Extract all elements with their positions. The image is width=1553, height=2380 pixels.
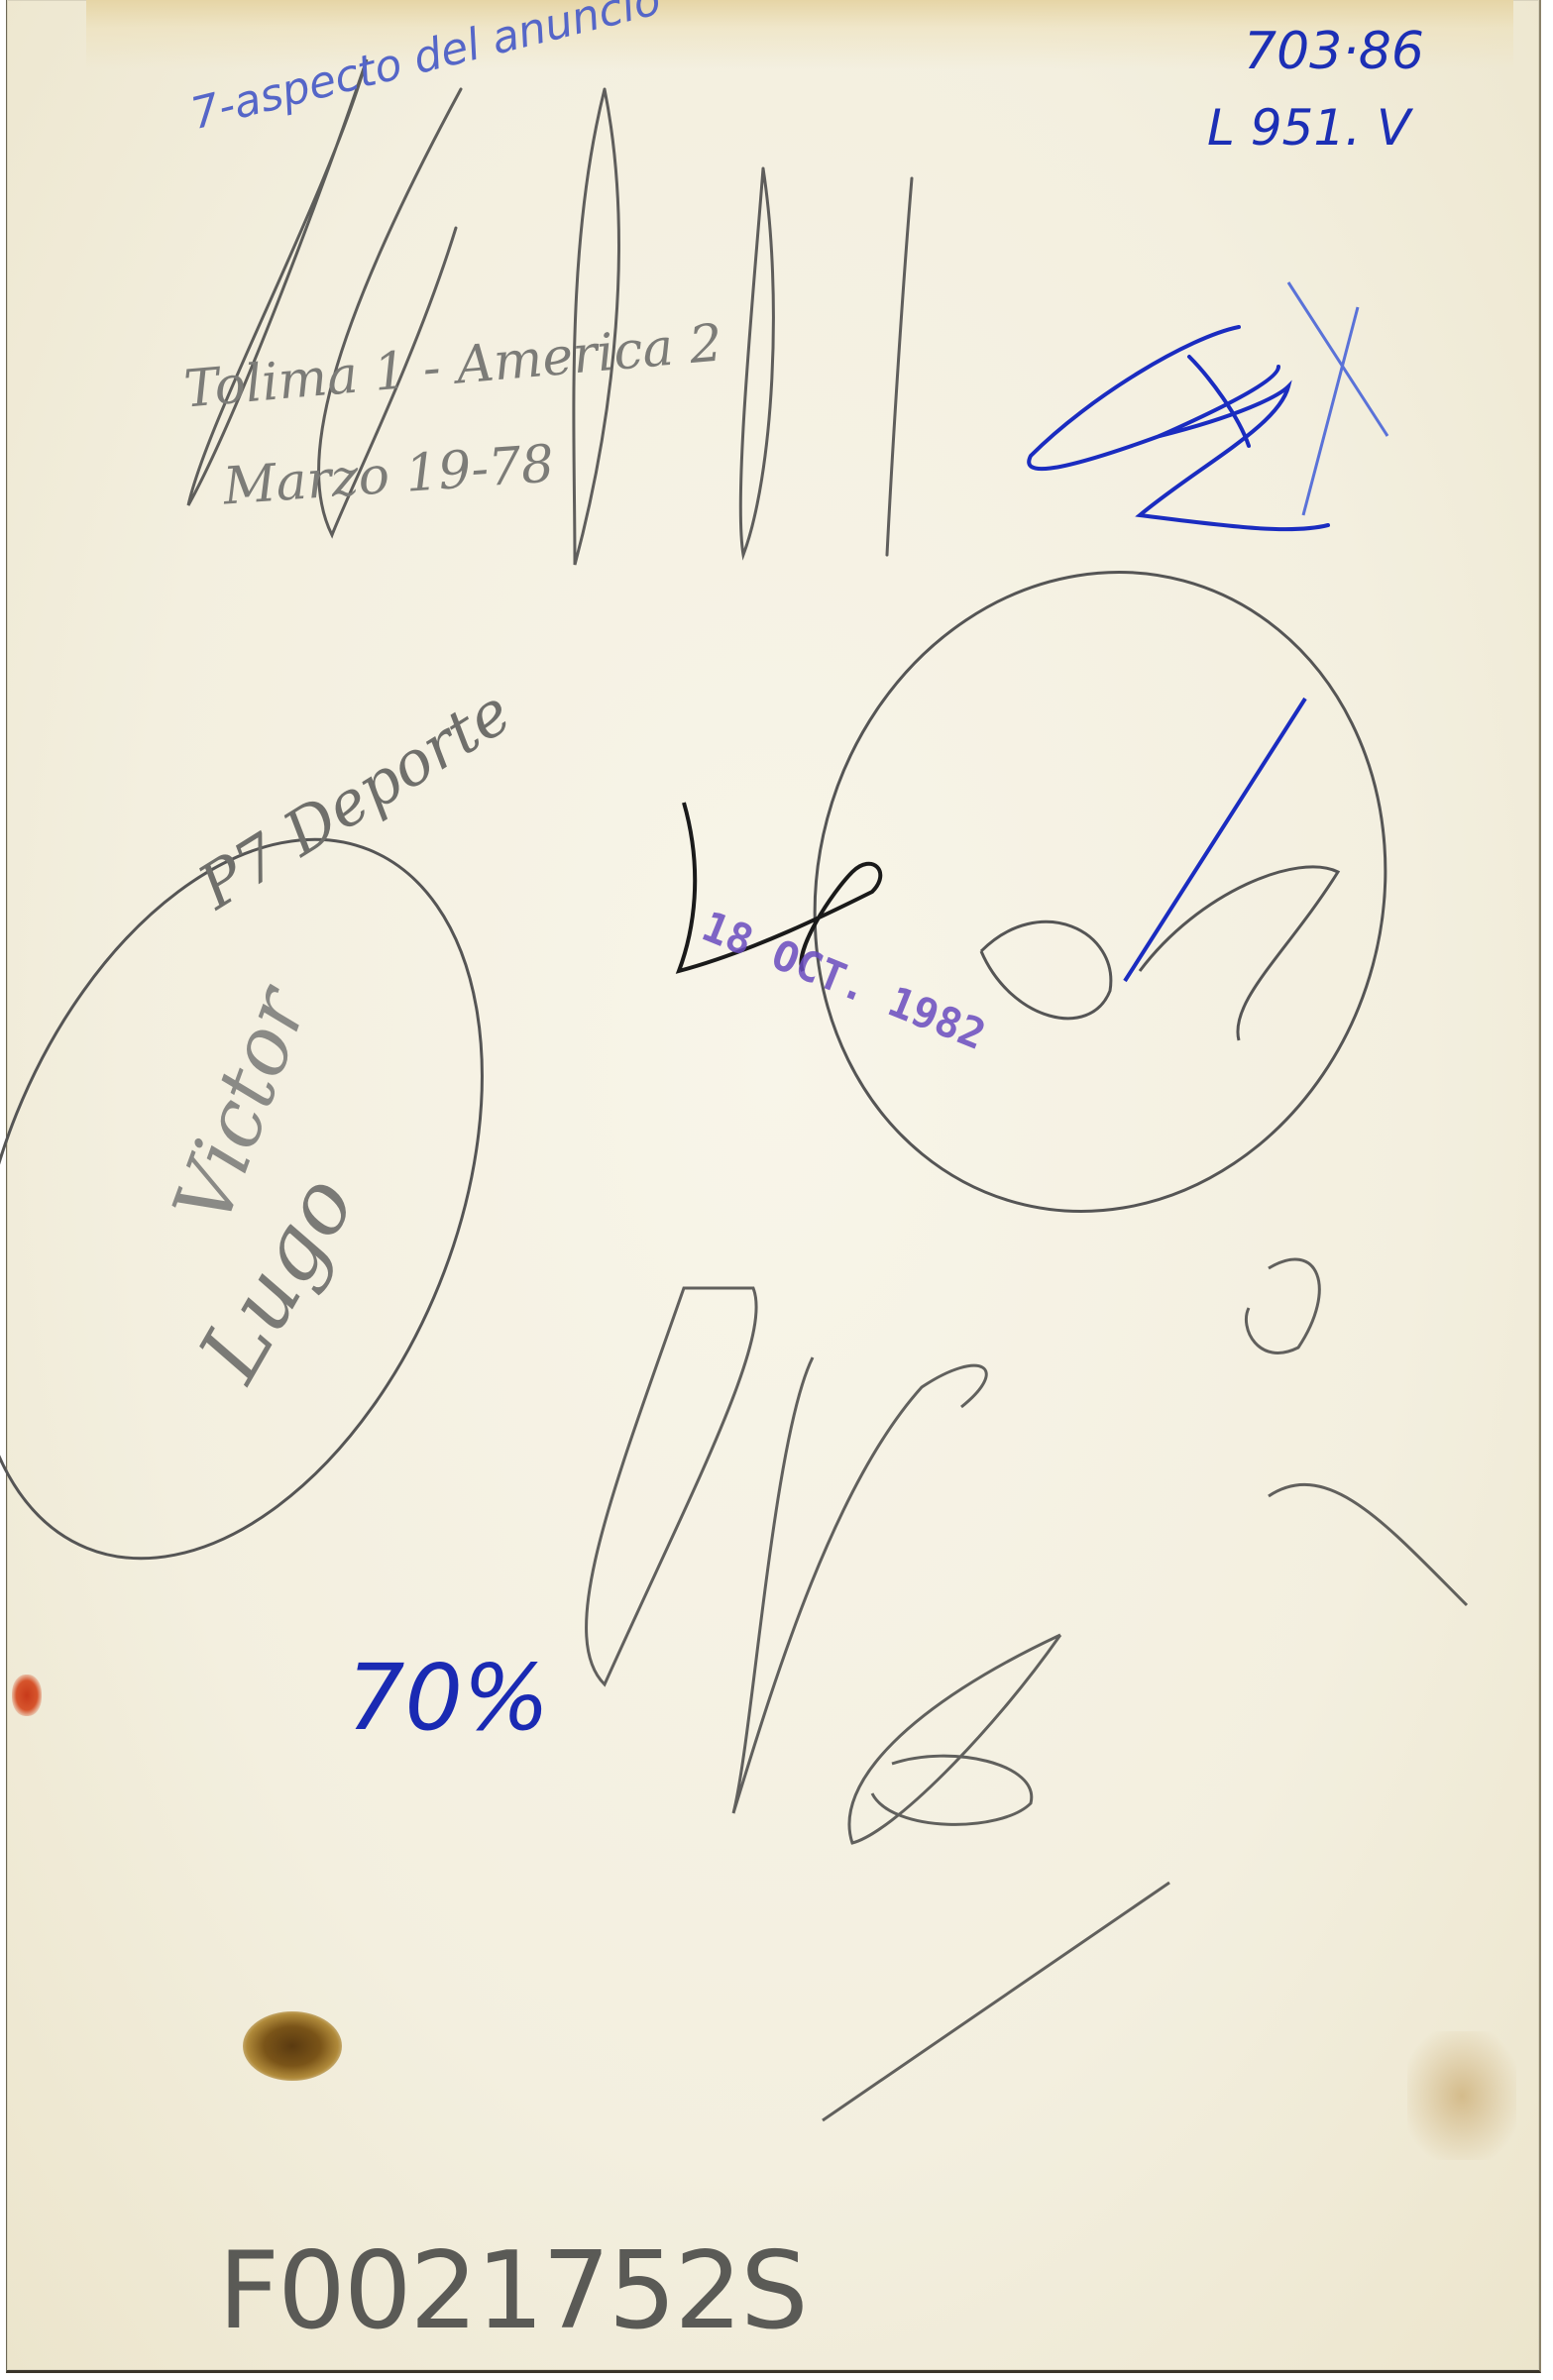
catalog-subnumber: L 951. V [1207, 99, 1410, 157]
archive-id: F0021752S [218, 2229, 807, 2353]
brown-stain [243, 2011, 342, 2081]
percentage-note: 70% [347, 1645, 549, 1751]
edge-age-stain [1407, 2031, 1516, 2160]
catalog-number: 703·86 [1244, 22, 1424, 81]
red-ink-stain [12, 1675, 42, 1716]
